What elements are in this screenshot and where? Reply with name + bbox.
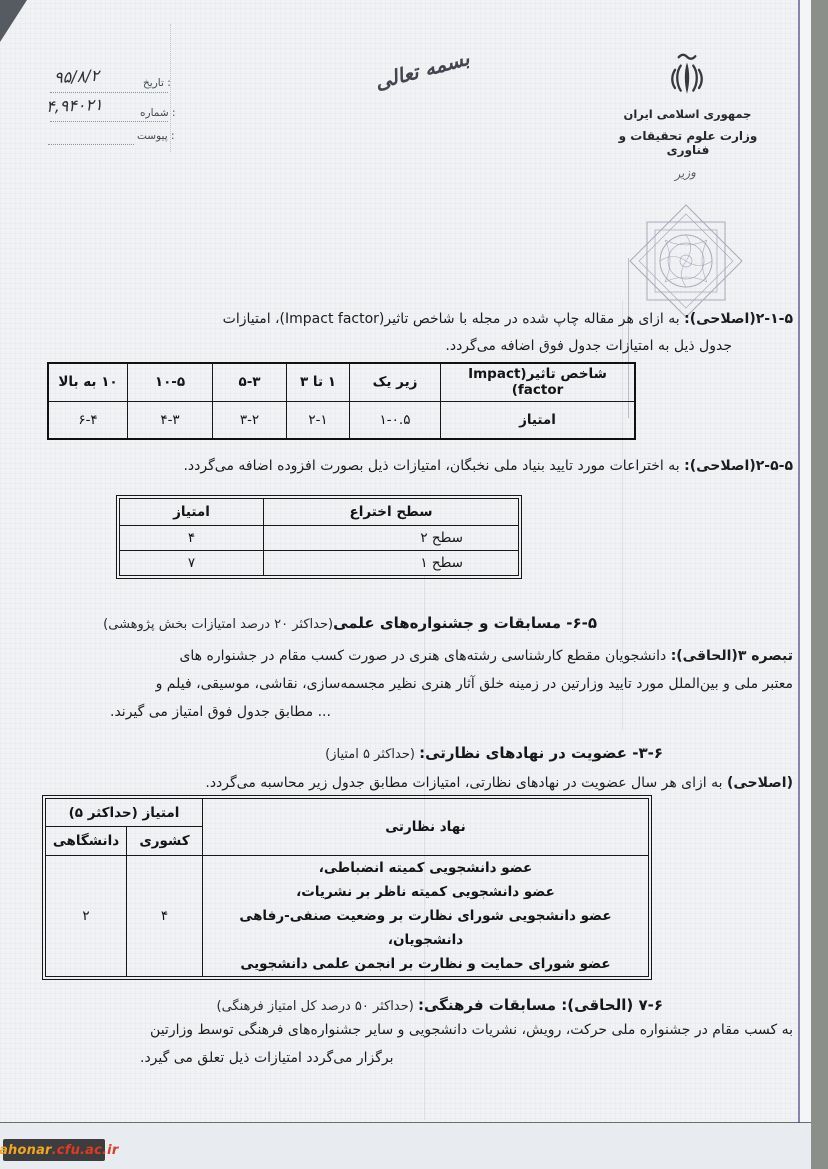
section-number: ۲-۱-۵ [756, 311, 793, 327]
attachment-rule [48, 143, 134, 145]
table-cell: ۶-۴ [48, 401, 128, 439]
table-header-cell: امتیاز (حداکثر ۵) [46, 799, 203, 827]
table-header-cell: دانشگاهی [46, 827, 127, 856]
scan-background [811, 0, 828, 1169]
note-3-line1: تبصره ۳(الحاقی): دانشجویان مقطع کارشناسی… [179, 648, 793, 664]
membership-item: عضو دانشجویی کمیته انضباطی، [203, 856, 648, 880]
table-header-cell: امتیاز [120, 499, 264, 526]
supervisory-bodies-table: نهاد نظارتی امتیاز (حداکثر ۵) کشوری دانش… [42, 795, 652, 980]
table-cell: ۴ [127, 856, 203, 977]
table-header-cell: ۱۰-۵ [128, 363, 213, 401]
iran-emblem-icon [666, 50, 708, 100]
section-6-7-line2: برگزار می‌گردد امتیازات ذیل تعلق می گیرد… [140, 1050, 393, 1066]
section-number: ۲-۵-۵ [756, 458, 793, 474]
section-5-6-heading: -۶-۵ مسابقات و جشنواره‌های علمی(حداکثر ۲… [103, 614, 597, 632]
site-name: bahonar [0, 1143, 52, 1158]
section-5-1-2-line1: ۲-۱-۵(اصلاحی): به ازای هر مقاله چاپ شده … [223, 311, 793, 327]
attachment-label: پیوست : [137, 130, 175, 142]
section-6-3-subline: (اصلاحی) به ازای هر سال عضویت در نهادهای… [205, 775, 793, 791]
table-cell-memberships: عضو دانشجویی کمیته انضباطی، عضو دانشجویی… [203, 856, 649, 977]
number-handwritten-value: ۴,۹۴۰۲۱ [46, 95, 103, 116]
table-header-cell: ۱ تا ۳ [287, 363, 350, 401]
table-cell: ۷ [120, 551, 264, 576]
margin-line [798, 0, 800, 1169]
table-header-cell: نهاد نظارتی [203, 799, 649, 856]
table-header-cell: شاخص تاثیر(Impact factor) [441, 363, 636, 401]
section-5-5-2-line: ۲-۵-۵(اصلاحی): به اختراعات مورد تایید بن… [183, 458, 793, 474]
ornamental-stamp-icon [625, 200, 747, 322]
scanned-letter-page: تاریخ : ۹۵/۸/۲ شماره : ۴,۹۴۰۲۱ پیوست : ب… [0, 0, 828, 1169]
table-header-cell: سطح اختراع [264, 499, 519, 526]
table-cell: ۴-۳ [128, 401, 213, 439]
table-header-cell: کشوری [127, 827, 203, 856]
ministry-title: وزارت علوم تحقیقات و فناوری [598, 129, 778, 157]
site-domain: .cfu.ac.ir [52, 1143, 119, 1158]
section-number: -۶-۵ [566, 614, 597, 632]
note-3-line3: ... مطابق جدول فوق امتیاز می گیرند. [110, 704, 331, 720]
table-header-cell: ۱۰ به بالا [48, 363, 128, 401]
section-6-7-line1: به کسب مقام در جشنواره ملی حرکت، رویش، ن… [150, 1022, 793, 1038]
date-handwritten-value: ۹۵/۸/۲ [54, 66, 100, 87]
section-number: ۷-۶ [638, 996, 663, 1014]
date-label: تاریخ : [143, 77, 171, 89]
section-5-1-2-line2: جدول ذیل به امتیازات جدول فوق اضافه می‌گ… [445, 338, 732, 354]
invention-level-table: سطح اختراع امتیاز سطح ۲ ۴ سطح ۱ ۷ [116, 495, 522, 579]
number-rule [50, 120, 168, 122]
section-6-7-heading: ۷-۶ (الحاقی): مسابقات فرهنگی: (حداکثر ۵۰… [217, 996, 664, 1014]
membership-item: عضو دانشجویی شورای نظارت بر وضعیت صنفی-ر… [203, 904, 648, 952]
table-cell: ۳-۲ [213, 401, 287, 439]
section-6-3-heading: -۳-۶ عضویت در نهادهای نظارتی: (حداکثر ۵ … [325, 744, 663, 762]
table-cell: ۱-۰.۵ [350, 401, 441, 439]
date-rule [50, 91, 168, 93]
table-header-cell: ۵-۳ [213, 363, 287, 401]
scan-bottom-margin [0, 1123, 811, 1169]
table-cell: ۲ [46, 856, 127, 977]
table-cell: سطح ۲ [264, 526, 519, 551]
table-row-label: امتیاز [441, 401, 636, 439]
table-cell: سطح ۱ [264, 551, 519, 576]
membership-item: عضو دانشجویی کمیته ناظر بر نشریات، [203, 880, 648, 904]
page-edge [800, 0, 811, 1169]
republic-title: جمهوری اسلامی ایران [610, 107, 765, 121]
number-label: شماره : [140, 107, 176, 119]
section-number: -۳-۶ [632, 744, 663, 762]
table-cell: ۲-۱ [287, 401, 350, 439]
note-3-line2: معتبر ملی و بین‌الملل مورد تایید وزارتین… [156, 676, 793, 692]
table-header-cell: زیر یک [350, 363, 441, 401]
impact-factor-table: شاخص تاثیر(Impact factor) زیر یک ۱ تا ۳ … [47, 362, 636, 440]
membership-item: عضو شورای حمایت و نظارت بر انجمن علمی دا… [203, 952, 648, 976]
site-watermark: bahonar.cfu.ac.ir [3, 1139, 105, 1161]
table-cell: ۴ [120, 526, 264, 551]
